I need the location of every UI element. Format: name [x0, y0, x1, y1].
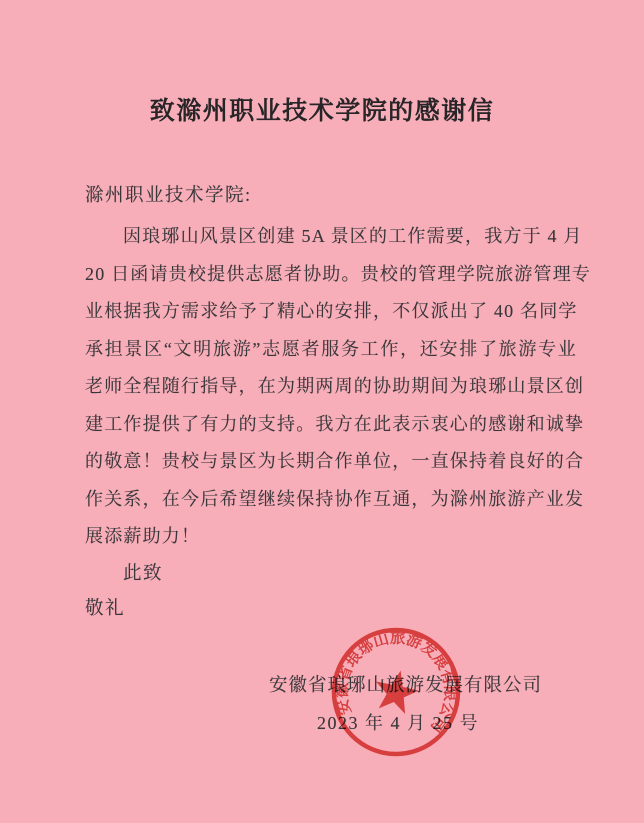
letter-title: 致滁州职业技术学院的感谢信 — [0, 91, 644, 127]
star-icon — [371, 666, 422, 716]
salutation: 滁州职业技术学院: — [85, 181, 252, 207]
body-line: 老师全程随行指导，在为期两周的协助期间为琅琊山景区创 — [85, 368, 577, 406]
letter-body: 因琅琊山风景区创建 5A 景区的工作需要，我方于 4 月20 日函请贵校提供志愿… — [85, 218, 577, 556]
body-line: 的敬意！贵校与景区为长期合作单位，一直保持着良好的合 — [85, 443, 577, 481]
closing-salute: 此致 — [123, 559, 163, 585]
letter-paper: 致滁州职业技术学院的感谢信 滁州职业技术学院: 因琅琊山风景区创建 5A 景区的… — [0, 0, 644, 823]
body-line: 展添薪助力！ — [85, 518, 577, 556]
company-seal: 安徽省琅琊山旅游发展有限公司 — [299, 595, 494, 790]
closing-regards: 敬礼 — [85, 594, 125, 620]
body-line: 因琅琊山风景区创建 5A 景区的工作需要，我方于 4 月 — [85, 218, 577, 256]
body-line: 建工作提供了有力的支持。我方在此表示衷心的感谢和诚挚 — [85, 406, 577, 444]
body-line: 20 日函请贵校提供志愿者协助。贵校的管理学院旅游管理专 — [85, 256, 577, 294]
body-line: 承担景区“文明旅游”志愿者服务工作，还安排了旅游专业 — [85, 331, 577, 369]
body-line: 作关系，在今后希望继续保持协作互通，为滁州旅游产业发 — [85, 481, 577, 519]
body-line: 业根据我方需求给予了精心的安排，不仅派出了 40 名同学 — [85, 293, 577, 331]
